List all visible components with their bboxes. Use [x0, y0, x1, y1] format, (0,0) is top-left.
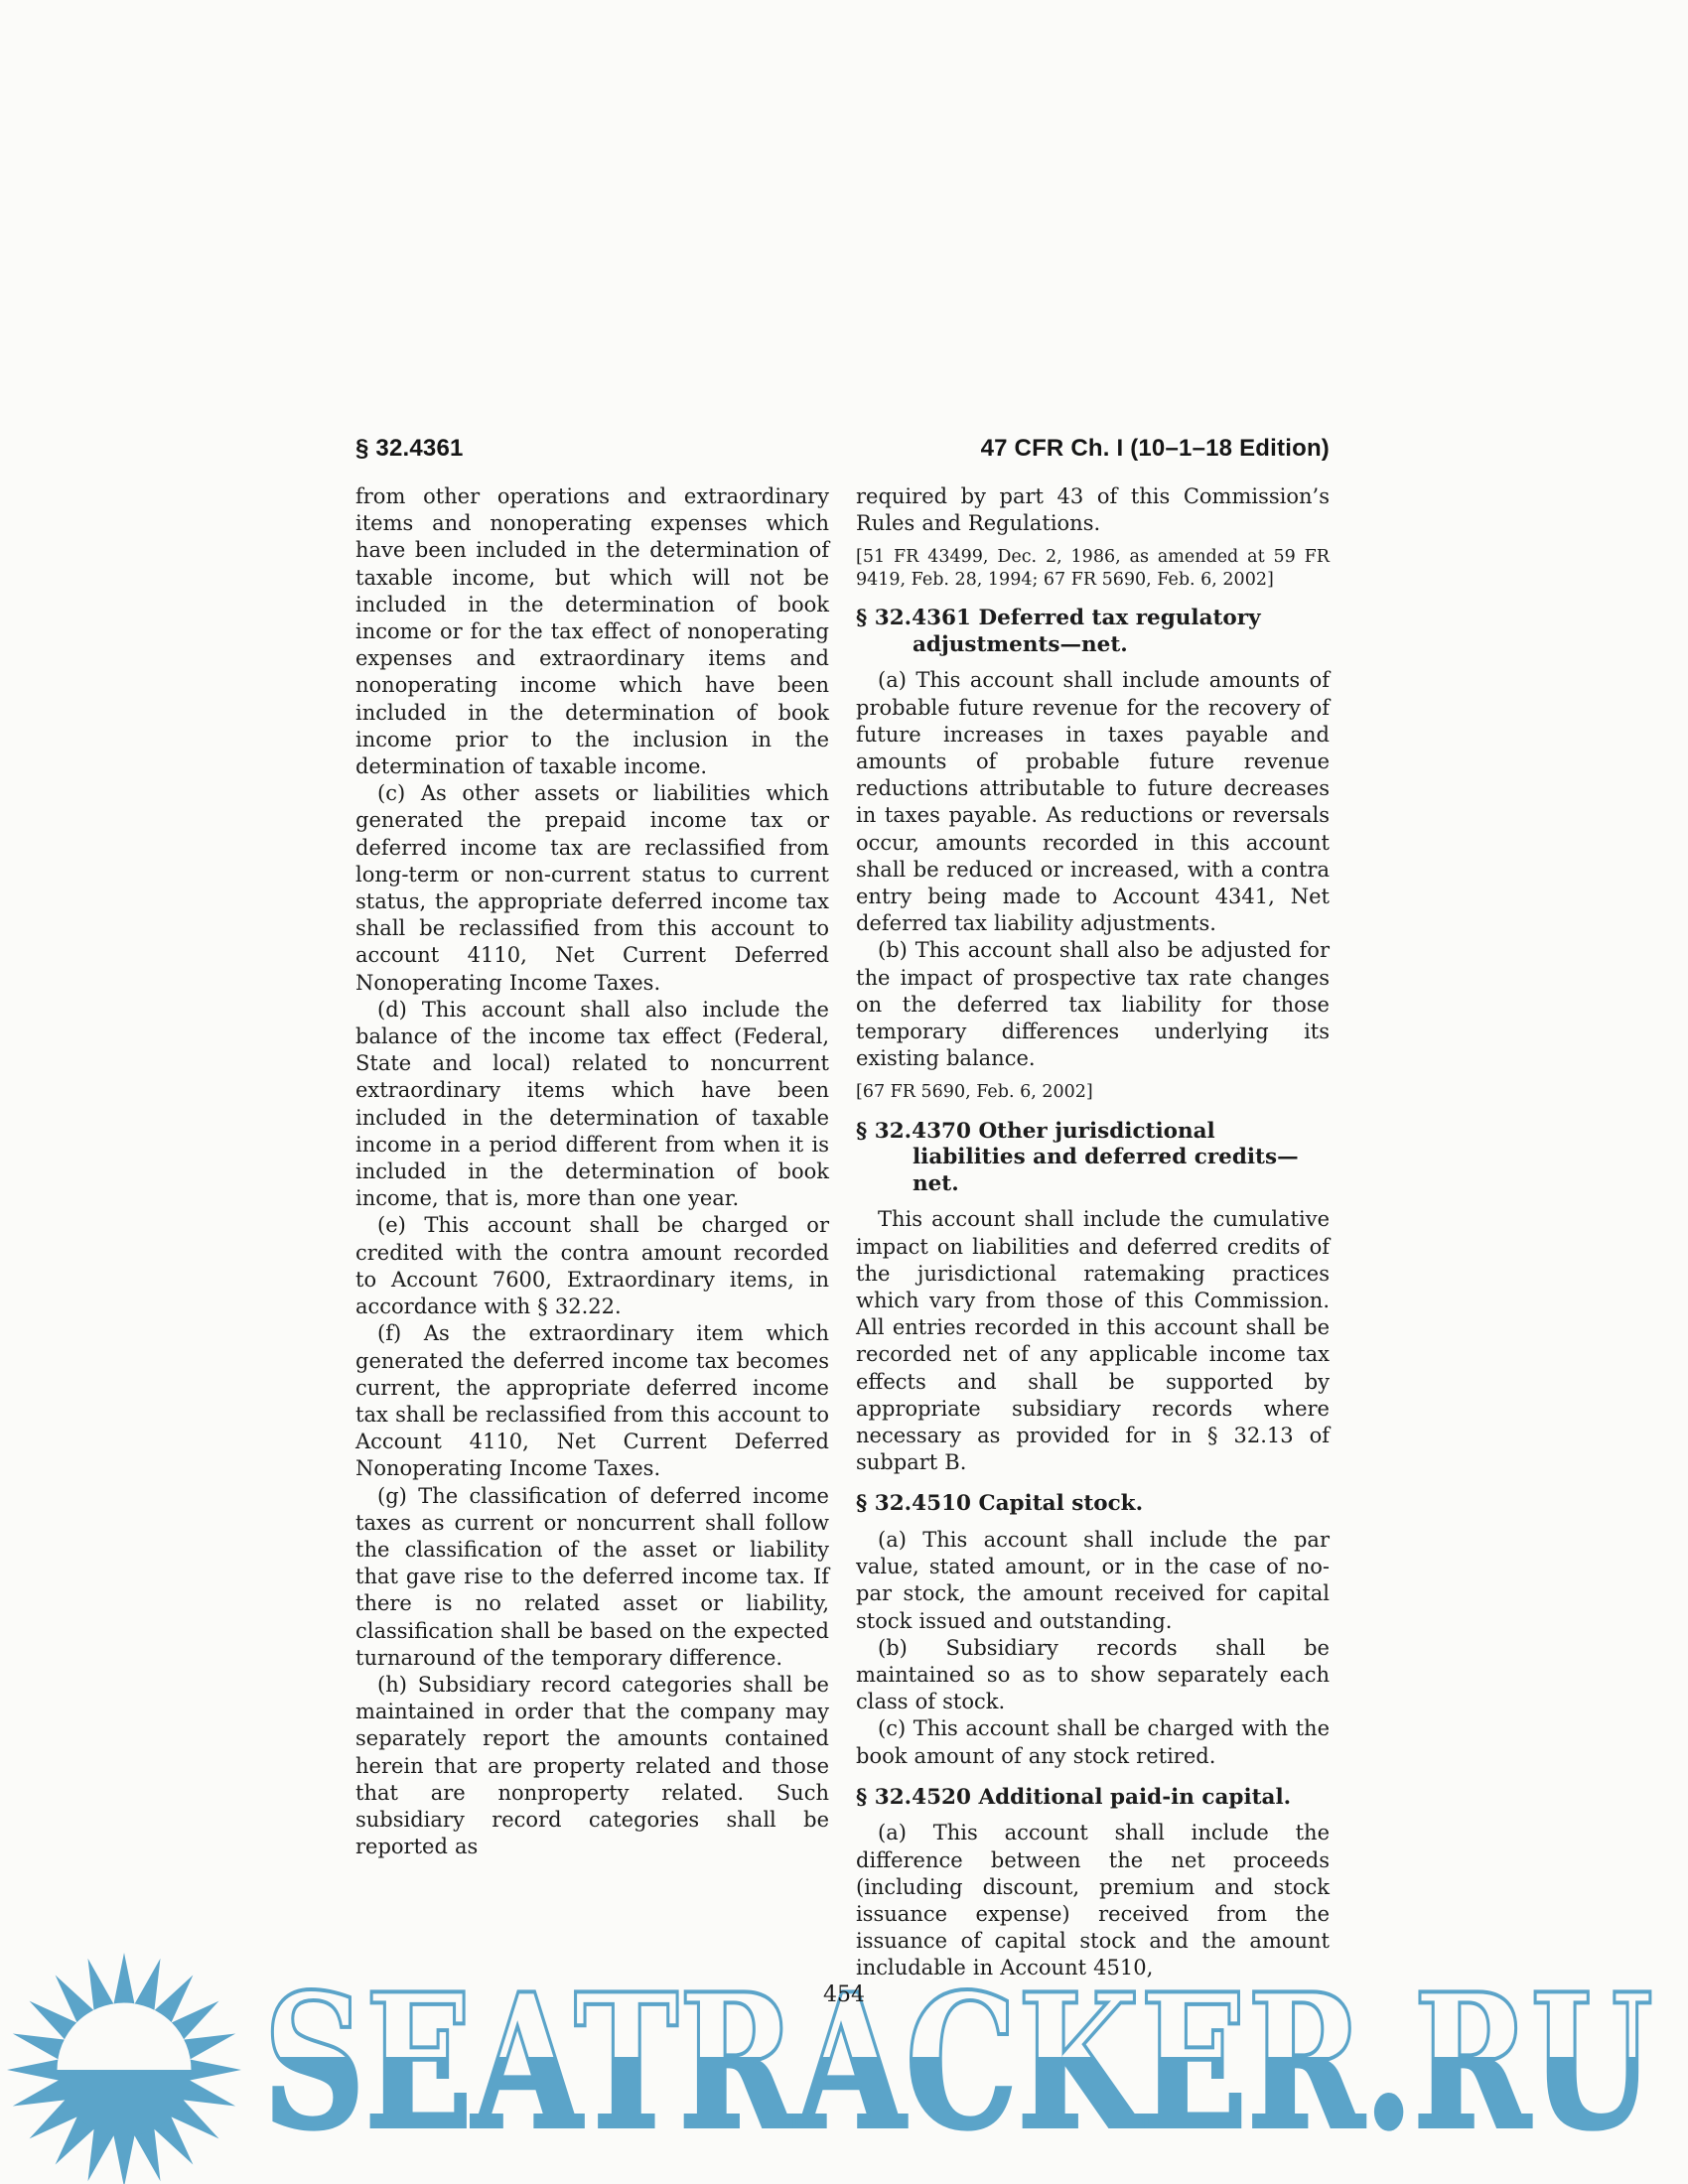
paragraph: (a) This account shall include the diffe…: [856, 1820, 1330, 1981]
running-head-right: 47 CFR Ch. I (10–1–18 Edition): [856, 435, 1330, 463]
paragraph: (c) This account shall be charged with t…: [856, 1715, 1330, 1769]
paragraph: (a) This account shall include the par v…: [856, 1527, 1330, 1635]
paragraph: from other operations and extraordinary …: [355, 483, 829, 780]
paragraph: (h) Subsidiary record categories shall b…: [355, 1672, 829, 1860]
section-heading: § 32.4361 Deferred tax regulatory adjust…: [856, 606, 1330, 658]
paragraph: (e) This account shall be charged or cre…: [355, 1212, 829, 1320]
paragraph: (b) This account shall also be adjusted …: [856, 937, 1330, 1072]
right-column: required by part 43 of this Commission’s…: [856, 483, 1330, 1982]
running-head-left: § 32.4361: [355, 435, 464, 463]
paragraph: required by part 43 of this Commission’s…: [856, 483, 1330, 537]
paragraph: (g) The classification of deferred incom…: [355, 1483, 829, 1672]
page-number: 454: [0, 1982, 1688, 2007]
paragraph: (f) As the extraordinary item which gene…: [355, 1320, 829, 1482]
section-heading: § 32.4370 Other jurisdictional liabiliti…: [856, 1119, 1330, 1198]
amendment-citation: [67 FR 5690, Feb. 6, 2002]: [856, 1081, 1330, 1104]
paragraph: (b) Subsidiary records shall be maintain…: [856, 1635, 1330, 1716]
paragraph: (a) This account shall include amounts o…: [856, 667, 1330, 937]
paragraph: (c) As other assets or liabilities which…: [355, 780, 829, 997]
amendment-citation: [51 FR 43499, Dec. 2, 1986, as amended a…: [856, 546, 1330, 591]
left-column: from other operations and extraordinary …: [355, 483, 829, 1860]
paragraph: (d) This account shall also include the …: [355, 997, 829, 1213]
section-heading: § 32.4510 Capital stock.: [856, 1491, 1330, 1518]
page: § 32.4361 47 CFR Ch. I (10–1–18 Edition)…: [0, 0, 1688, 2184]
section-heading: § 32.4520 Additional paid-in capital.: [856, 1785, 1330, 1812]
paragraph: This account shall include the cumulativ…: [856, 1206, 1330, 1476]
